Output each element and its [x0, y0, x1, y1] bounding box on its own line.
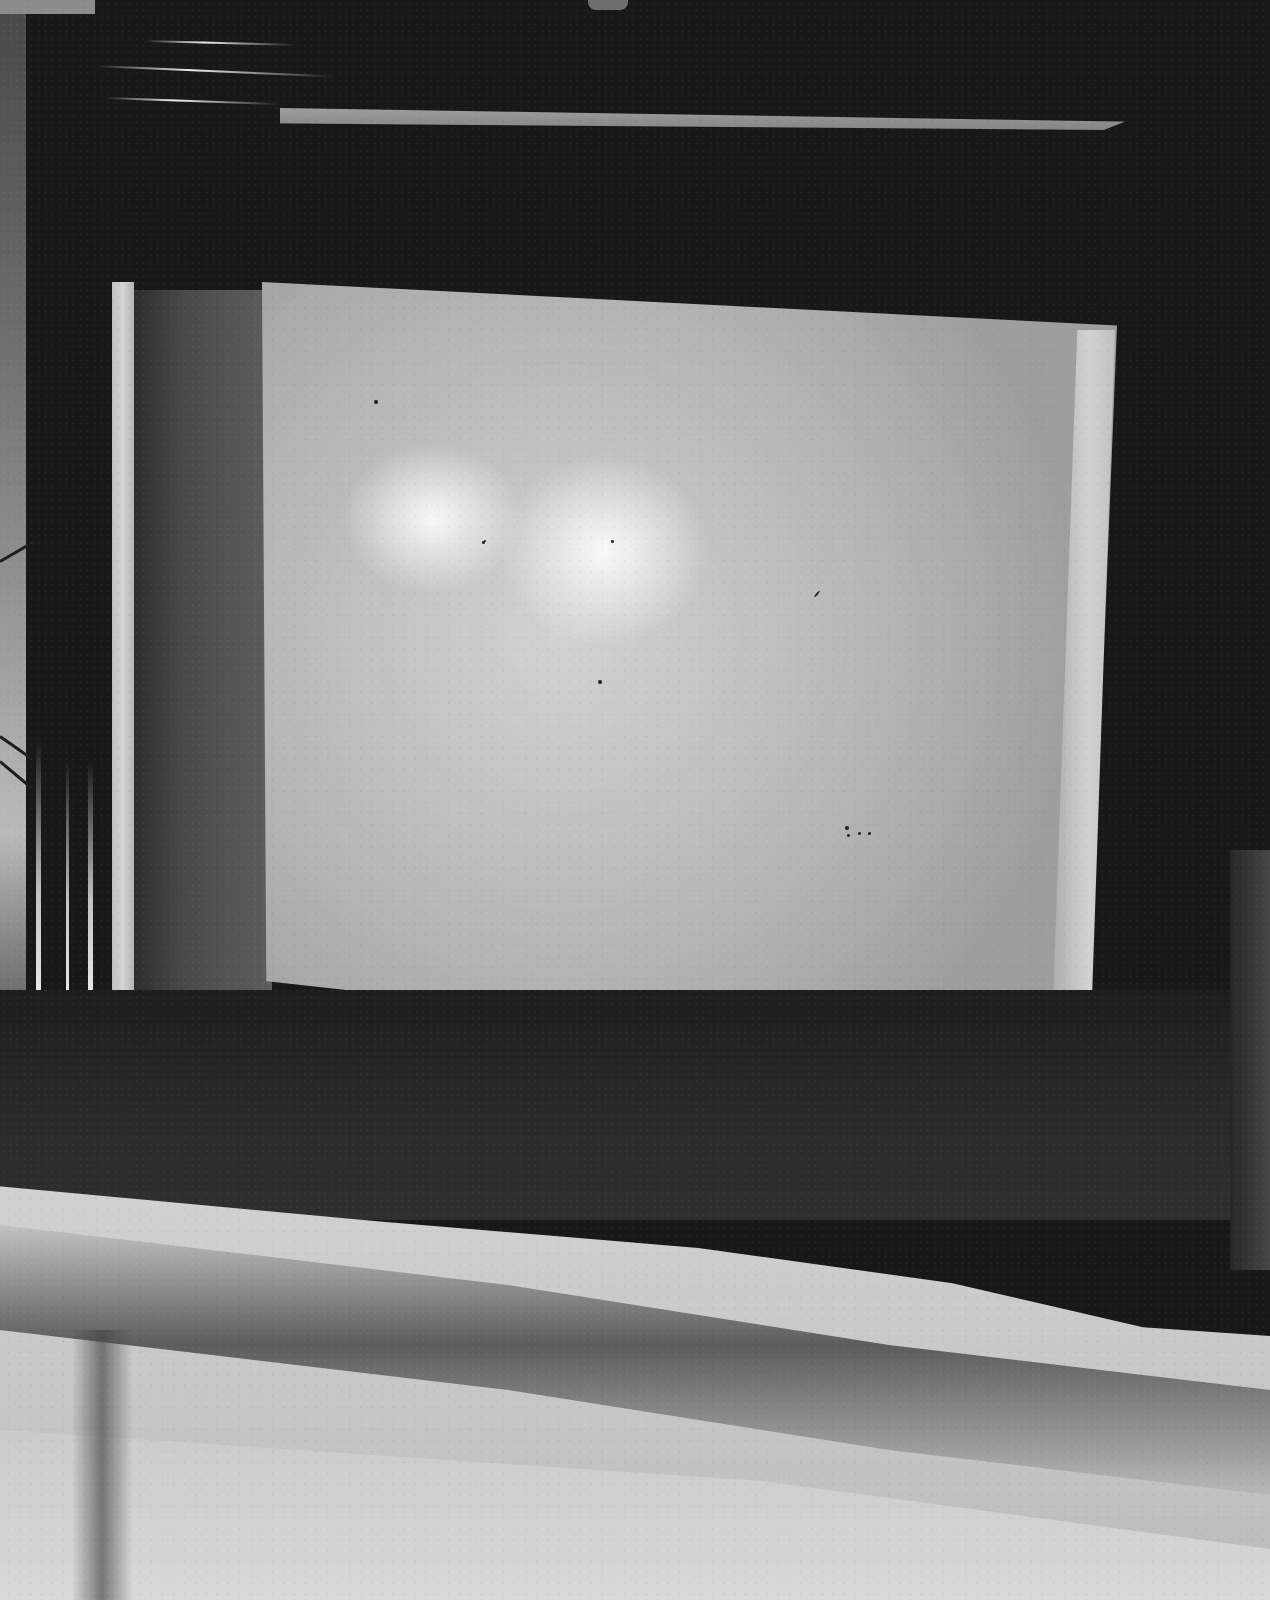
film-grain [0, 0, 1270, 1600]
photograph [0, 0, 1270, 1600]
